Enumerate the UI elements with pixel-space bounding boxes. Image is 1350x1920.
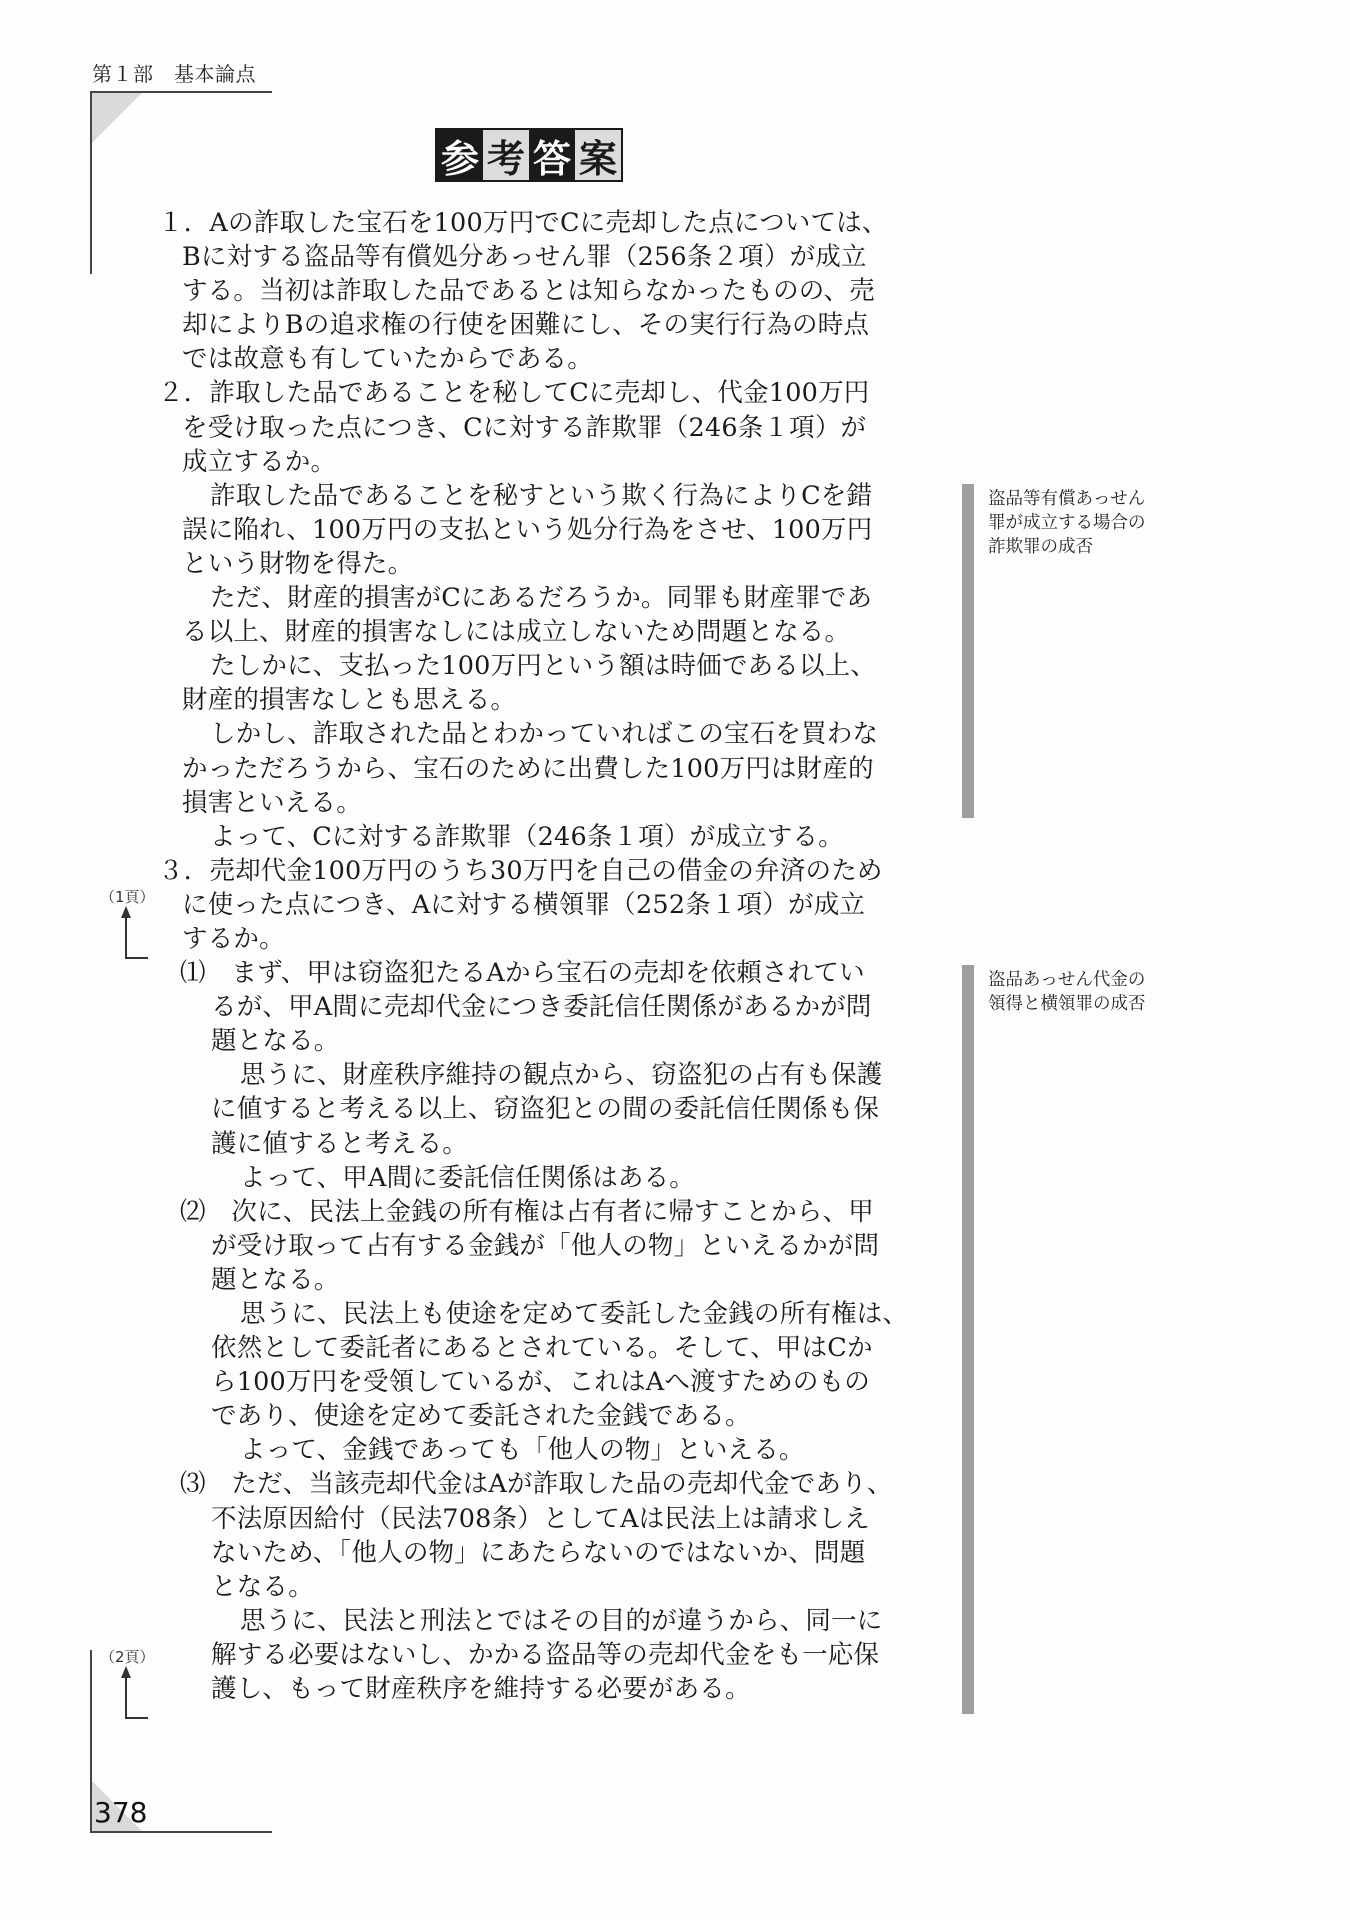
text-line: では故意も有していたからである。 <box>158 342 928 376</box>
title-char: 答 <box>529 130 575 180</box>
title-char: 考 <box>483 130 529 180</box>
text-line: 誤に陥れ、100万円の支払という処分行為をさせ、100万円 <box>158 513 928 547</box>
page-marker-label: （1頁） <box>100 886 155 907</box>
text-line: を受け取った点につき、Cに対する詐欺罪（246条１項）が <box>158 411 928 445</box>
text-line: １．Aの詐取した宝石を100万円でCに売却した点については、 <box>158 206 928 240</box>
margin-note-line: 罪が成立する場合の <box>988 511 1188 535</box>
text-line: ら100万円を受領しているが、これはAへ渡すためのもの <box>158 1365 928 1399</box>
text-line: 思うに、民法と刑法とではその目的が違うから、同一に <box>158 1604 928 1638</box>
text-line: 成立するか。 <box>158 445 928 479</box>
text-line: ⑶ ただ、当該売却代金はAが詐取した品の売却代金であり、 <box>158 1467 928 1501</box>
return-arrow-icon <box>100 906 150 962</box>
text-line: しかし、詐取された品とわかっていればこの宝石を買わな <box>158 717 928 751</box>
margin-note-line: 領得と横領罪の成否 <box>988 992 1188 1016</box>
text-line: 護し、もって財産秩序を維持する必要がある。 <box>158 1672 928 1706</box>
text-line: かっただろうから、宝石のために出費した100万円は財産的 <box>158 752 928 786</box>
text-line: ないため、「他人の物」にあたらないのではないか、問題 <box>158 1536 928 1570</box>
text-line: たしかに、支払った100万円という額は時価である以上、 <box>158 649 928 683</box>
text-line: よって、金銭であっても「他人の物」といえる。 <box>158 1433 928 1467</box>
page-marker-2: （2頁） <box>100 1646 160 1726</box>
text-line: 不法原因給付（民法708条）としてAは民法上は請求しえ <box>158 1502 928 1536</box>
page-marker-label: （2頁） <box>100 1646 155 1667</box>
title-char: 参 <box>437 130 483 180</box>
text-line: 思うに、民法上も使途を定めて委託した金銭の所有権は、 <box>158 1297 928 1331</box>
text-line: 却によりBの追求権の行使を困難にし、その実行行為の時点 <box>158 308 928 342</box>
text-line: るが、甲A間に売却代金につき委託信任関係があるかが問 <box>158 990 928 1024</box>
text-line: となる。 <box>158 1570 928 1604</box>
corner-triangle-top <box>92 93 142 143</box>
text-line: よって、甲A間に委託信任関係はある。 <box>158 1161 928 1195</box>
text-line: ⑴ まず、甲は窃盗犯たるAから宝石の売却を依頼されてい <box>158 956 928 990</box>
page-number: 378 <box>94 1796 147 1829</box>
text-line: Bに対する盗品等有償処分あっせん罪（256条２項）が成立 <box>158 240 928 274</box>
margin-note-bar <box>962 484 974 818</box>
margin-note-bar <box>962 965 974 1714</box>
text-line: であり、使途を定めて委託された金銭である。 <box>158 1399 928 1433</box>
text-line: 依然として委託者にあるとされている。そして、甲はCか <box>158 1331 928 1365</box>
text-line: する。当初は詐取した品であるとは知らなかったものの、売 <box>158 274 928 308</box>
text-line: という財物を得た。 <box>158 547 928 581</box>
page-marker-1: （1頁） <box>100 886 160 966</box>
text-line: ただ、財産的損害がCにあるだろうか。同罪も財産罪であ <box>158 581 928 615</box>
frame-bottom-rule <box>90 1831 272 1833</box>
text-line: するか。 <box>158 922 928 956</box>
text-line: ⑵ 次に、民法上金銭の所有権は占有者に帰すことから、甲 <box>158 1195 928 1229</box>
margin-note-line: 盗品等有償あっせん <box>988 487 1188 511</box>
text-line: る以上、財産的損害なしには成立しないため問題となる。 <box>158 615 928 649</box>
text-line: 解する必要はないし、かかる盗品等の売却代金をも一応保 <box>158 1638 928 1672</box>
margin-note: 盗品等有償あっせん 罪が成立する場合の 詐欺罪の成否 <box>988 487 1188 559</box>
margin-note-line: 詐欺罪の成否 <box>988 535 1188 559</box>
text-line: 詐取した品であることを秘すという欺く行為によりCを錯 <box>158 479 928 513</box>
margin-note: 盗品あっせん代金の 領得と横領罪の成否 <box>988 968 1188 1016</box>
answer-body: １．Aの詐取した宝石を100万円でCに売却した点については、Bに対する盗品等有償… <box>158 206 928 1706</box>
text-line: 損害といえる。 <box>158 786 928 820</box>
running-head: 第１部 基本論点 <box>92 58 256 87</box>
text-line: 題となる。 <box>158 1263 928 1297</box>
margin-note-line: 盗品あっせん代金の <box>988 968 1188 992</box>
text-line: よって、Cに対する詐欺罪（246条１項）が成立する。 <box>158 820 928 854</box>
page-title: 参 考 答 案 <box>435 128 623 182</box>
text-line: ３．売却代金100万円のうち30万円を自己の借金の弁済のため <box>158 854 928 888</box>
return-arrow-icon <box>100 1666 150 1722</box>
text-line: に使った点につき、Aに対する横領罪（252条１項）が成立 <box>158 888 928 922</box>
text-line: 題となる。 <box>158 1024 928 1058</box>
text-line: に値すると考える以上、窃盗犯との間の委託信任関係も保 <box>158 1092 928 1126</box>
text-line: が受け取って占有する金銭が「他人の物」といえるかが問 <box>158 1229 928 1263</box>
text-line: 思うに、財産秩序維持の観点から、窃盗犯の占有も保護 <box>158 1058 928 1092</box>
title-char: 案 <box>575 130 621 180</box>
text-line: 護に値すると考える。 <box>158 1127 928 1161</box>
text-line: ２．詐取した品であることを秘してCに売却し、代金100万円 <box>158 376 928 410</box>
text-line: 財産的損害なしとも思える。 <box>158 683 928 717</box>
